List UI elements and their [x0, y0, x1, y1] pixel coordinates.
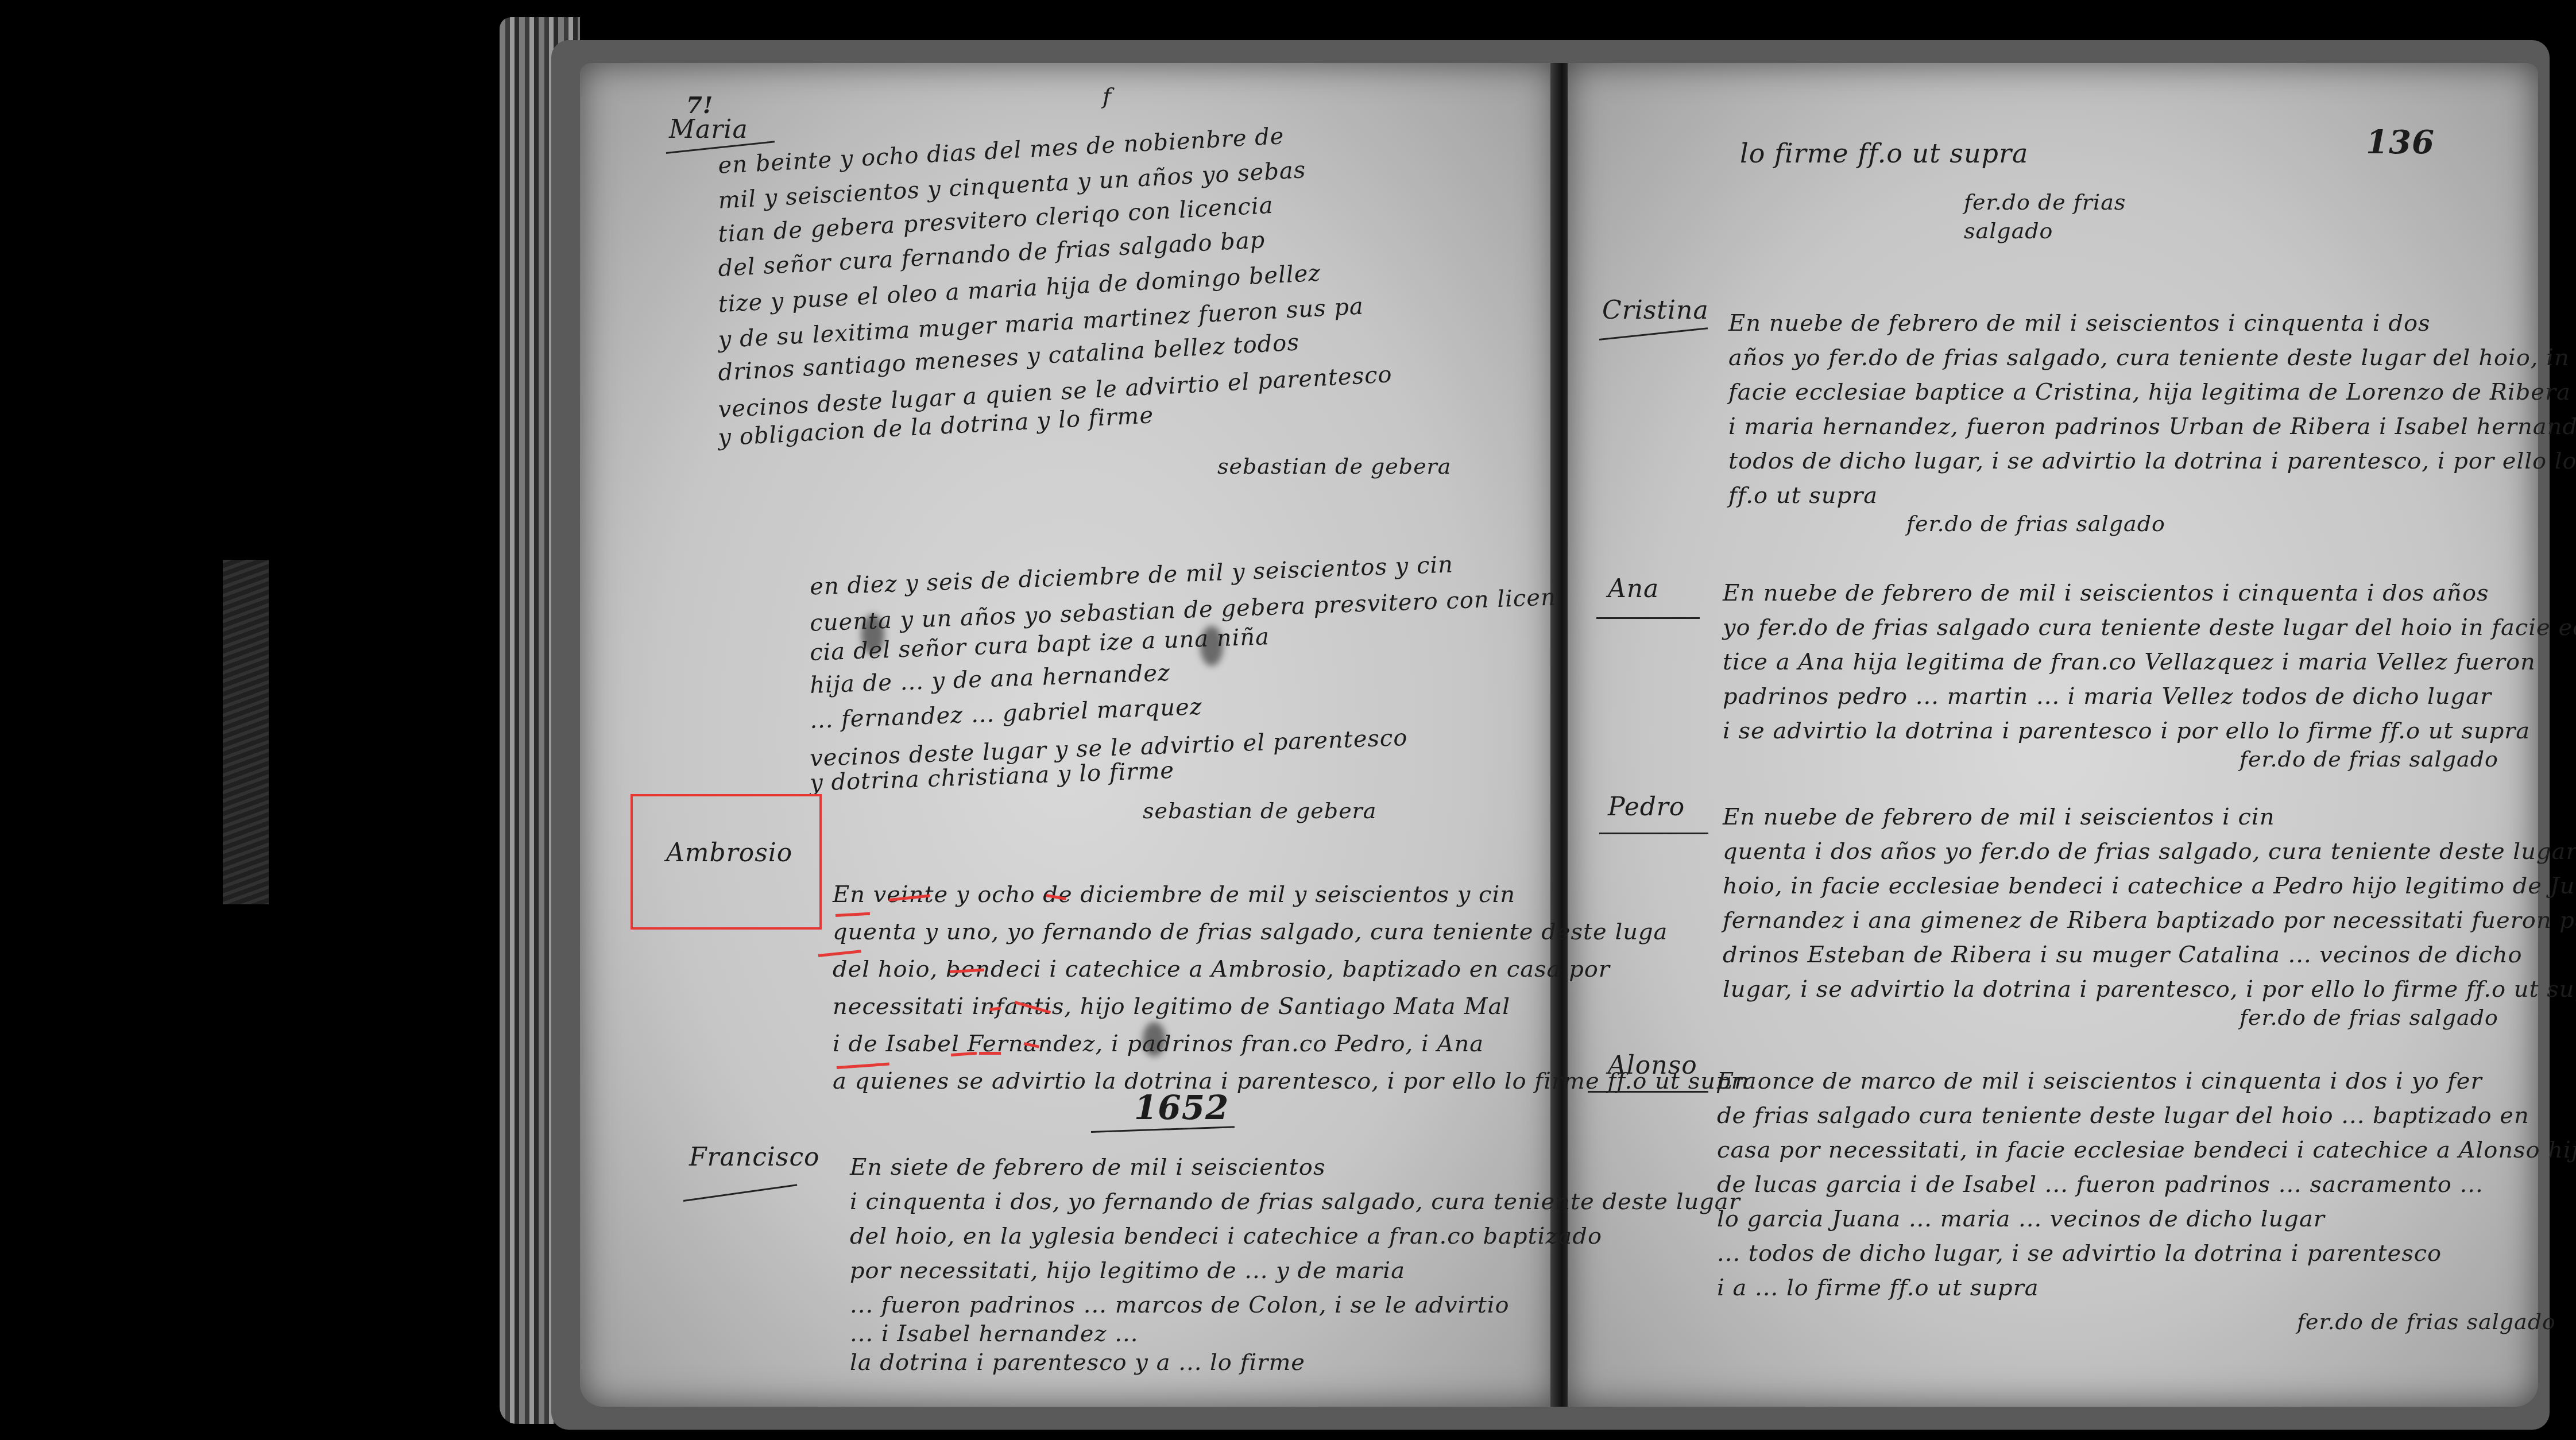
- underline-mark: [979, 1052, 1001, 1055]
- margin-rule: [1596, 617, 1700, 619]
- margin-name-cristina: Cristina: [1602, 296, 1709, 325]
- header-line: lo firme ff.o ut supra: [1740, 138, 2028, 169]
- margin-name-pedro: Pedro: [1608, 792, 1685, 822]
- margin-name-ambrosio: Ambrosio: [666, 838, 792, 868]
- folio-number: 136: [2366, 123, 2435, 161]
- signature: sebastian de gebera: [1143, 798, 1376, 823]
- margin-rule: [1599, 833, 1708, 834]
- year-heading: 1652: [1134, 1088, 1229, 1127]
- background-strip: [223, 560, 269, 904]
- margin-rule: [1588, 1091, 1708, 1093]
- margin-name-maria: Maria: [669, 115, 748, 144]
- margin-name-alonso: Alonso: [1608, 1051, 1697, 1080]
- top-mark: f: [1103, 83, 1112, 110]
- margin-name-ana: Ana: [1608, 574, 1659, 603]
- signature: sebastian de gebera: [1217, 454, 1451, 479]
- margin-name-francisco: Francisco: [689, 1143, 820, 1172]
